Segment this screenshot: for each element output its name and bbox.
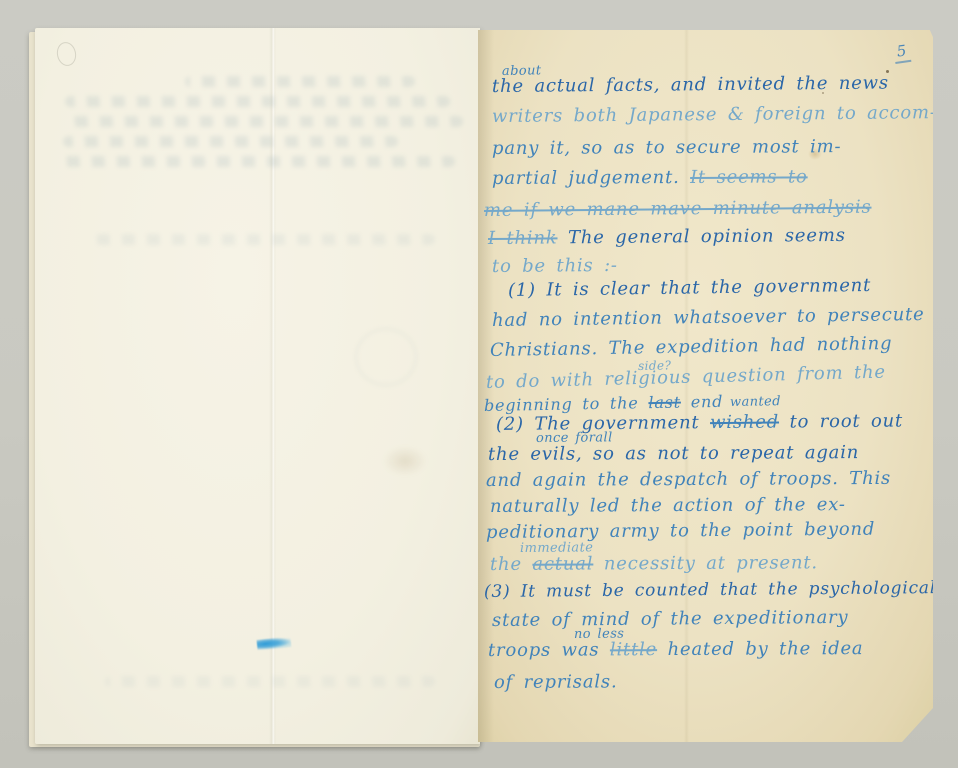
manuscript-line: the actual necessity at present. xyxy=(490,554,818,574)
manuscript-line: had no intention whatsoever to persecute xyxy=(492,306,925,330)
bleedthrough-mark xyxy=(55,156,455,167)
handwritten-text: end xyxy=(681,392,724,412)
blue-ink-smudge xyxy=(257,636,292,650)
handwritten-text: partial judgement. xyxy=(492,167,690,189)
struck-text: It seems to xyxy=(690,166,808,188)
manuscript-line: and again the despatch of troops. This xyxy=(486,470,891,490)
handwritten-text: beginning to the xyxy=(484,393,649,415)
handwritten-text: state of mind of the expeditionary xyxy=(492,607,849,631)
manuscript-line: the actual facts, and invited the news xyxy=(492,75,889,96)
handwritten-text: (3) It must be counted that the psycholo… xyxy=(484,578,936,602)
handwritten-text: the xyxy=(490,554,533,575)
bleedthrough-mark xyxy=(185,76,415,87)
manuscript-line: to do with religious question from the xyxy=(486,364,886,392)
bleedthrough-ring xyxy=(355,328,417,386)
bleedthrough-mark xyxy=(95,234,435,245)
handwritten-text: necessity at present. xyxy=(593,552,818,574)
handwritten-text: pany it, so as to secure most im- xyxy=(492,136,842,159)
handwritten-text: had no intention whatsoever to persecute xyxy=(492,304,925,331)
bleedthrough-mark xyxy=(63,136,398,147)
manuscript-line: (1) It is clear that the government xyxy=(508,277,871,300)
manuscript-line: state of mind of the expeditionary xyxy=(492,609,849,630)
manuscript-line: of reprisals. xyxy=(494,673,618,692)
struck-text: me if we mane mave minute analysis xyxy=(484,197,872,221)
handwritten-text: heated by the idea xyxy=(657,638,863,660)
manuscript-line: pany it, so as to secure most im- xyxy=(492,138,841,158)
manuscript-line: (3) It must be counted that the psycholo… xyxy=(484,580,936,601)
handwritten-text: wanted xyxy=(730,394,781,410)
handwritten-text: of reprisals. xyxy=(494,671,618,693)
paper-stain xyxy=(383,446,427,476)
handwritten-text: (1) It is clear that the government xyxy=(508,275,871,301)
left-blank-page xyxy=(35,28,480,744)
manuscript-line: I think The general opinion seems xyxy=(488,227,846,248)
struck-text: last xyxy=(648,393,681,413)
manuscript-line: beginning to the last end xyxy=(484,394,724,414)
manuscript-line: me if we mane mave minute analysis xyxy=(484,199,872,220)
handwritten-text: troops was xyxy=(488,639,610,661)
manuscript-line: partial judgement. It seems to xyxy=(492,168,808,188)
manuscript-line: peditionary army to the point beyond xyxy=(486,521,875,542)
handwritten-text: naturally led the action of the ex- xyxy=(490,494,846,517)
handwritten-text: to root out xyxy=(779,410,903,432)
struck-text: little xyxy=(610,639,657,660)
manuscript-line: writers both Japanese & foreign to accom… xyxy=(492,104,937,126)
handwritten-text: the evils, so as not to repeat again xyxy=(488,442,859,465)
struck-text: I think xyxy=(488,227,558,249)
bleedthrough-mark xyxy=(105,676,435,687)
manuscript-line: troops was little heated by the idea xyxy=(488,640,864,660)
manuscript-text-layer: aboutthe actual facts, and invited the n… xyxy=(478,30,933,742)
right-manuscript-page: 5 aboutthe actual facts, and invited the… xyxy=(478,30,933,742)
manuscript-insertion: wanted xyxy=(730,395,781,409)
struck-text: wished xyxy=(710,412,779,434)
manuscript-line: to be this :- xyxy=(492,257,618,276)
handwritten-text: the actual facts, and invited the news xyxy=(492,73,889,97)
manuscript-line: naturally led the action of the ex- xyxy=(490,496,846,516)
handwritten-text: to be this :- xyxy=(492,255,618,277)
bleedthrough-mark xyxy=(65,96,450,107)
handwritten-text: to do with religious question from the xyxy=(486,362,886,393)
handwritten-text: peditionary army to the point beyond xyxy=(486,519,875,543)
faint-pencil-mark xyxy=(55,40,79,67)
handwritten-text: writers both Japanese & foreign to accom… xyxy=(492,102,937,127)
handwritten-text: and again the despatch of troops. This xyxy=(486,468,891,491)
struck-text: actual xyxy=(532,553,593,574)
photographed-manuscript-spread: 5 aboutthe actual facts, and invited the… xyxy=(0,0,958,768)
manuscript-line: the evils, so as not to repeat again xyxy=(488,444,859,464)
handwritten-text: Christians. The expedition had nothing xyxy=(490,333,893,361)
bleedthrough-mark xyxy=(71,116,463,127)
handwritten-text: The general opinion seems xyxy=(557,225,845,249)
manuscript-line: Christians. The expedition had nothing xyxy=(490,335,893,360)
